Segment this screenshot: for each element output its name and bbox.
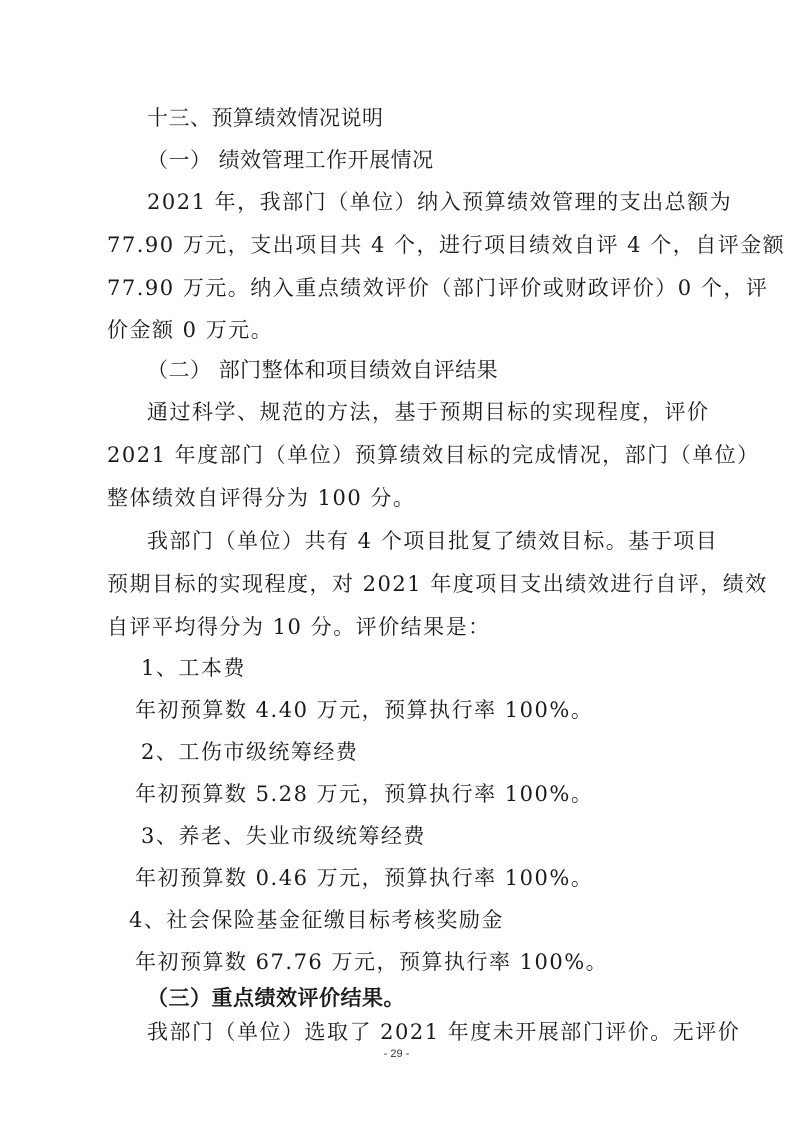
- project-3-title: 3、养老、失业市级统筹经费: [141, 822, 426, 850]
- project-4-detail: 年初预算数 67.76 万元，预算执行率 100%。: [135, 948, 608, 976]
- subsection-2-para-2-line-3: 自评平均得分为 10 分。评价结果是：: [107, 613, 491, 641]
- subsection-1-line-3: 77.90 万元。纳入重点绩效评价（部门评价或财政评价）0 个，评: [107, 274, 687, 302]
- subsection-2-para-1-line-3: 整体绩效自评得分为 100 分。: [107, 484, 415, 512]
- subsection-1-title: （一） 绩效管理工作开展情况: [147, 146, 434, 174]
- subsection-2-para-1-line-1: 通过科学、规范的方法，基于预期目标的实现程度，评价: [147, 398, 687, 426]
- project-2-detail: 年初预算数 5.28 万元，预算执行率 100%。: [135, 780, 593, 808]
- subsection-2-para-2-line-1: 我部门（单位）共有 4 个项目批复了绩效目标。基于项目: [147, 527, 687, 555]
- subsection-2-para-2-line-2: 预期目标的实现程度，对 2021 年度项目支出绩效进行自评，绩效: [107, 570, 687, 598]
- subsection-2-title: （二） 部门整体和项目绩效自评结果: [147, 356, 498, 384]
- page-number: - 29 -: [0, 1048, 793, 1060]
- project-3-detail: 年初预算数 0.46 万元，预算执行率 100%。: [135, 864, 593, 892]
- subsection-2-para-1-line-2: 2021 年度部门（单位）预算绩效目标的完成情况，部门（单位）: [107, 441, 687, 469]
- document-page: 十三、预算绩效情况说明 （一） 绩效管理工作开展情况 2021 年，我部门（单位…: [0, 0, 793, 1122]
- subsection-1-line-2: 77.90 万元，支出项目共 4 个，进行项目绩效自评 4 个，自评金额: [107, 231, 687, 259]
- subsection-1-line-4: 价金额 0 万元。: [107, 316, 273, 344]
- project-2-title: 2、工伤市级统筹经费: [141, 738, 358, 766]
- project-1-detail: 年初预算数 4.40 万元，预算执行率 100%。: [135, 696, 593, 724]
- subsection-1-line-1: 2021 年，我部门（单位）纳入预算绩效管理的支出总额为: [147, 188, 687, 216]
- subsection-3-title: （三）重点绩效评价结果。: [147, 984, 405, 1012]
- section-title: 十三、预算绩效情况说明: [147, 104, 384, 132]
- project-1-title: 1、工本费: [141, 654, 246, 682]
- subsection-3-line-1: 我部门（单位）选取了 2021 年度未开展部门评价。无评价: [147, 1018, 687, 1046]
- project-4-title: 4、社会保险基金征缴目标考核奖励金: [129, 906, 504, 934]
